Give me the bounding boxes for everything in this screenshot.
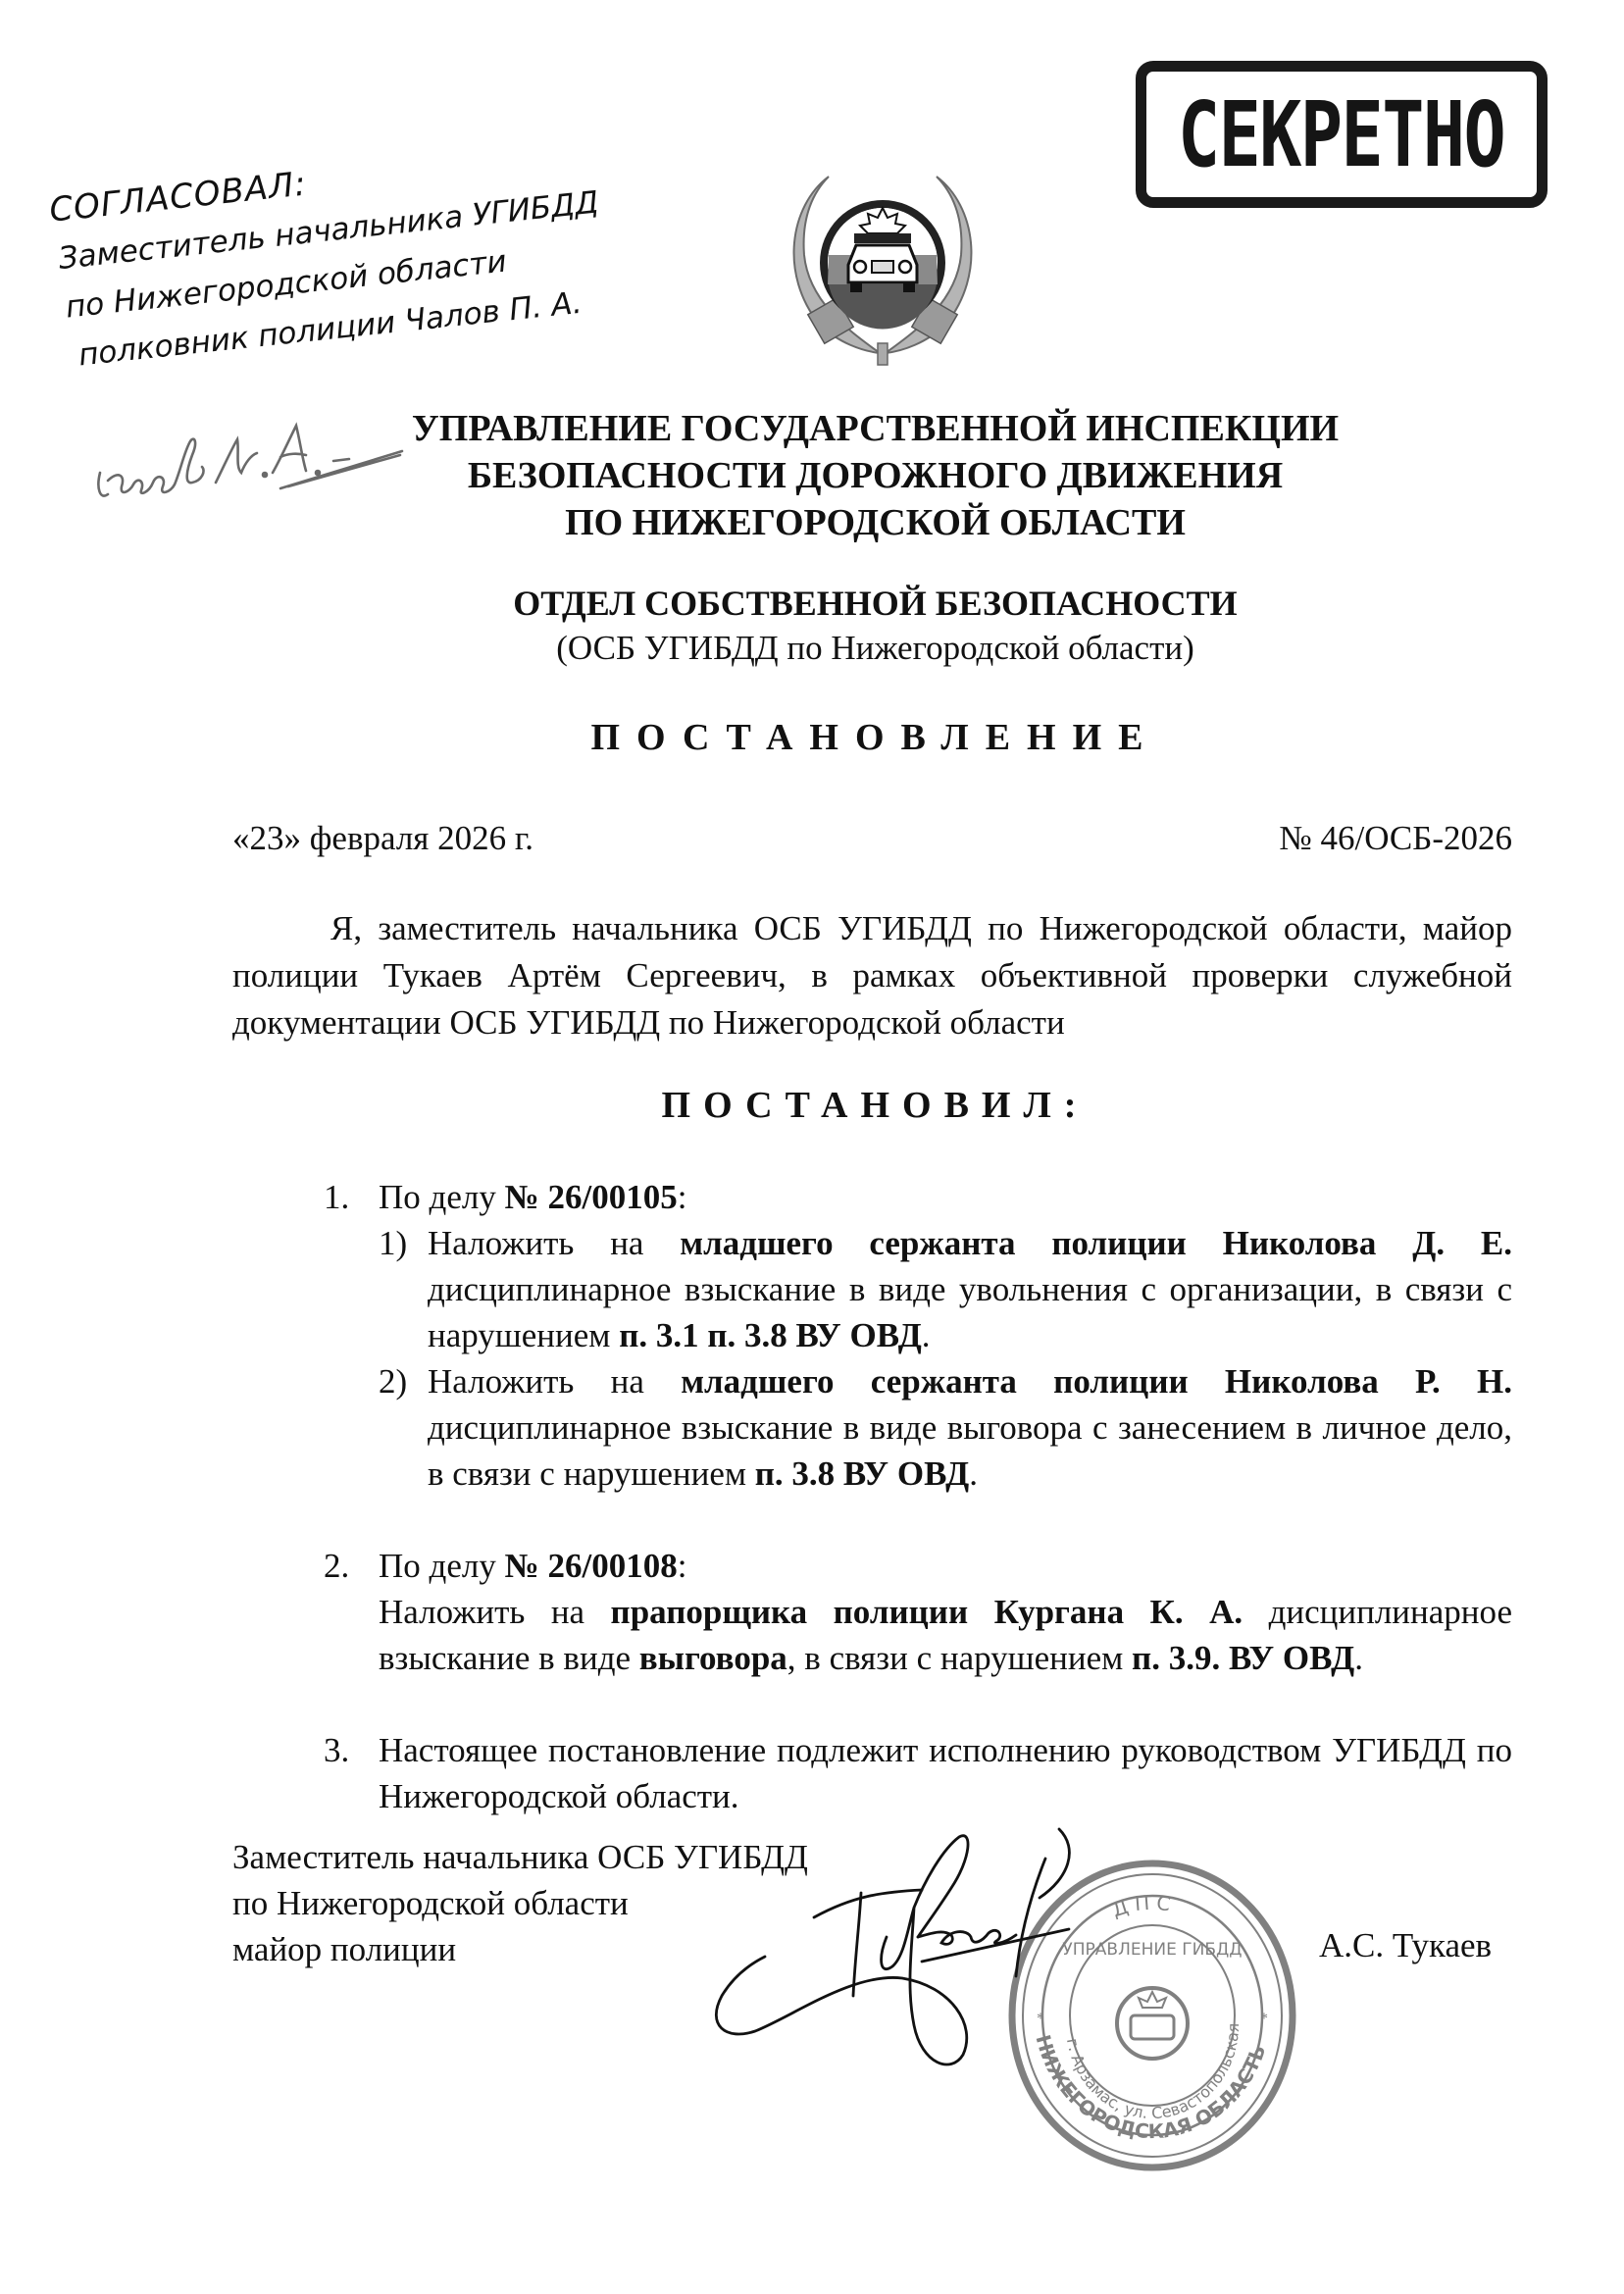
- sub-item-2: 2) Наложить на младшего сержанта полиции…: [379, 1358, 1512, 1497]
- intro-paragraph: Я, заместитель начальника ОСБ УГИБДД по …: [232, 905, 1512, 1046]
- case-number: № 26/00105: [505, 1178, 678, 1216]
- case-number: № 26/00108: [505, 1547, 678, 1585]
- resolution-items: 1. По делу № 26/00105: 1) Наложить на мл…: [324, 1174, 1512, 1819]
- approval-block: СОГЛАСОВАЛ: Заместитель начальника УГИБД…: [47, 128, 614, 381]
- org-line: ПО НИЖЕГОРОДСКОЙ ОБЛАСТИ: [294, 499, 1456, 546]
- organization-header: УПРАВЛЕНИЕ ГОСУДАРСТВЕННОЙ ИНСПЕКЦИИ БЕЗ…: [294, 405, 1456, 546]
- document-date: «23» февраля 2026 г.: [232, 819, 533, 858]
- signer-signature: [686, 1819, 1098, 2084]
- person-name: младшего сержанта полиции Николова Д. Е.: [680, 1224, 1512, 1262]
- rule-reference: п. 3.9. ВУ ОВД: [1132, 1639, 1354, 1677]
- signer-name: А.С. Тукаев: [1319, 1926, 1492, 1965]
- resolution-item-1: 1. По делу № 26/00105: 1) Наложить на мл…: [324, 1174, 1512, 1497]
- penalty: выговора: [639, 1639, 787, 1677]
- item-text: Настоящее постановление подлежит исполне…: [379, 1727, 1512, 1819]
- traffic-police-emblem-icon: [770, 157, 995, 373]
- svg-text:ДПС: ДПС: [1109, 1891, 1178, 1922]
- department-title: ОТДЕЛ СОБСТВЕННОЙ БЕЗОПАСНОСТИ: [294, 581, 1456, 626]
- rule-reference: п. 3.1 п. 3.8 ВУ ОВД: [619, 1316, 922, 1354]
- resolution-item-2: 2. По делу № 26/00108: Наложить на прапо…: [324, 1543, 1512, 1681]
- sub-item-1: 1) Наложить на младшего сержанта полиции…: [379, 1220, 1512, 1358]
- resolved-title: ПОСТАНОВИЛ:: [294, 1084, 1456, 1127]
- department-header: ОТДЕЛ СОБСТВЕННОЙ БЕЗОПАСНОСТИ (ОСБ УГИБ…: [294, 581, 1456, 671]
- document-title: ПОСТАНОВЛЕНИЕ: [294, 716, 1456, 759]
- rule-reference: п. 3.8 ВУ ОВД: [755, 1454, 969, 1493]
- resolution-item-3: 3. Настоящее постановление подлежит испо…: [324, 1727, 1512, 1819]
- org-line: УПРАВЛЕНИЕ ГОСУДАРСТВЕННОЙ ИНСПЕКЦИИ: [294, 405, 1456, 452]
- secret-label: СЕКРЕТНО: [1178, 82, 1504, 187]
- org-line: БЕЗОПАСНОСТИ ДОРОЖНОГО ДВИЖЕНИЯ: [294, 452, 1456, 499]
- item-number: 2.: [324, 1543, 379, 1681]
- department-short: (ОСБ УГИБДД по Нижегородской области): [294, 626, 1456, 671]
- person-name: младшего сержанта полиции Николова Р. Н.: [681, 1362, 1512, 1401]
- case-line: По делу № 26/00105:: [379, 1174, 1512, 1220]
- case-line: По делу № 26/00108:: [379, 1543, 1512, 1589]
- item-text: Наложить на прапорщика полиции Кургана К…: [379, 1589, 1512, 1681]
- person-name: прапорщика полиции Кургана К. А.: [611, 1593, 1243, 1631]
- date-number-row: «23» февраля 2026 г. № 46/ОСБ-2026: [232, 819, 1512, 858]
- document-number: № 46/ОСБ-2026: [1279, 819, 1512, 858]
- svg-text:*: *: [1260, 2011, 1268, 2027]
- item-number: 3.: [324, 1727, 379, 1819]
- secret-stamp: СЕКРЕТНО: [1136, 61, 1548, 208]
- seal-top-text: ДПС: [1109, 1891, 1178, 1922]
- item-number: 1.: [324, 1174, 379, 1497]
